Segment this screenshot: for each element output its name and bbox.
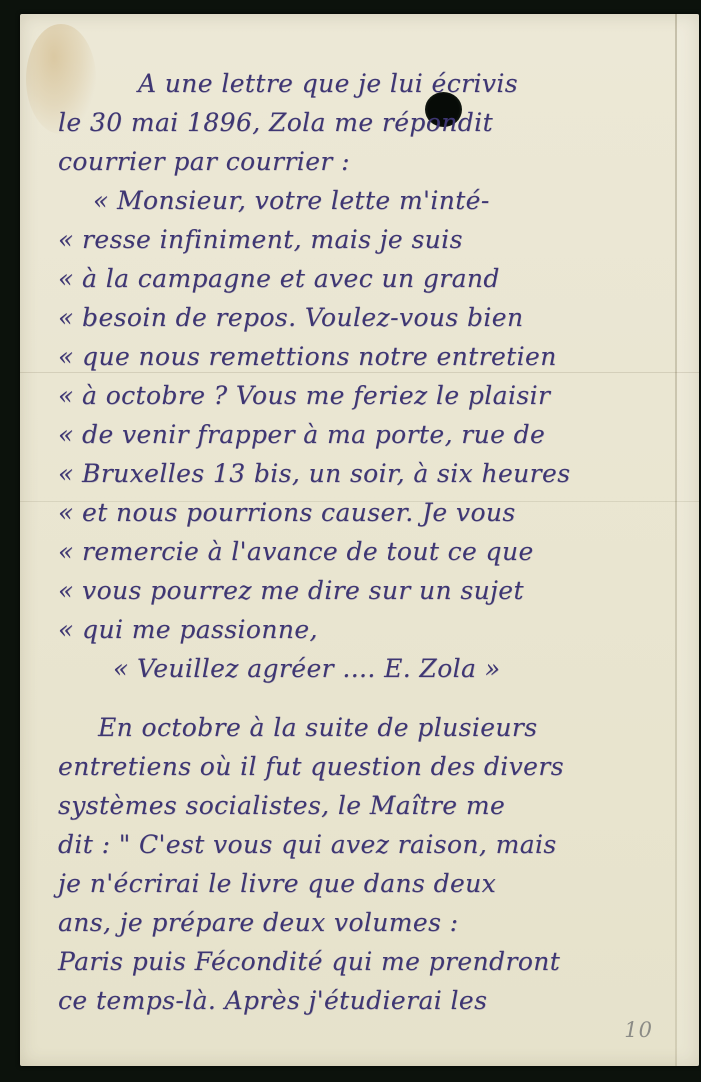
letter-line: « de venir frapper à ma porte, rue de xyxy=(58,415,675,454)
letter-line: « besoin de repos. Voulez-vous bien xyxy=(58,298,675,337)
letter-line: Paris puis Fécondité qui me prendront xyxy=(58,942,675,981)
letter-line: En octobre à la suite de plusieurs xyxy=(98,708,675,747)
letter-line: « remercie à l'avance de tout ce que xyxy=(58,532,675,571)
letter-line: « que nous remettions notre entretien xyxy=(58,337,675,376)
letter-line: systèmes socialistes, le Maître me xyxy=(58,786,675,825)
letter-line: « vous pourrez me dire sur un sujet xyxy=(58,571,675,610)
letter-line: « à octobre ? Vous me feriez le plaisir xyxy=(58,376,675,415)
letter-line: « Veuillez agréer .... E. Zola » xyxy=(113,649,675,688)
letter-line: A une lettre que je lui écrivis xyxy=(138,64,675,103)
letter-line: dit : " C'est vous qui avez raison, mais xyxy=(58,825,675,864)
fold-highlight xyxy=(677,14,699,1066)
letter-line: « Bruxelles 13 bis, un soir, à six heure… xyxy=(58,454,675,493)
letter-line: « Monsieur, votre lette m'inté- xyxy=(93,181,675,220)
letter-line: « qui me passionne, xyxy=(58,610,675,649)
letter-line: « à la campagne et avec un grand xyxy=(58,259,675,298)
letter-line: ce temps-là. Après j'étudierai les xyxy=(58,981,675,1020)
letter-line: ans, je prépare deux volumes : xyxy=(58,903,675,942)
letter-text: A une lettre que je lui écrivis le 30 ma… xyxy=(58,64,675,1020)
letter-line: entretiens où il fut question des divers xyxy=(58,747,675,786)
letter-line: je n'écrirai le livre que dans deux xyxy=(58,864,675,903)
letter-page: A une lettre que je lui écrivis le 30 ma… xyxy=(20,14,699,1066)
letter-line: « resse infiniment, mais je suis xyxy=(58,220,675,259)
scanned-letter-frame: A une lettre que je lui écrivis le 30 ma… xyxy=(0,0,701,1082)
letter-line: « et nous pourrions causer. Je vous xyxy=(58,493,675,532)
vertical-fold-crease xyxy=(675,14,677,1066)
letter-line: courrier par courrier : xyxy=(58,142,675,181)
page-number: 10 xyxy=(624,1018,653,1042)
letter-line: le 30 mai 1896, Zola me répondit xyxy=(58,103,675,142)
